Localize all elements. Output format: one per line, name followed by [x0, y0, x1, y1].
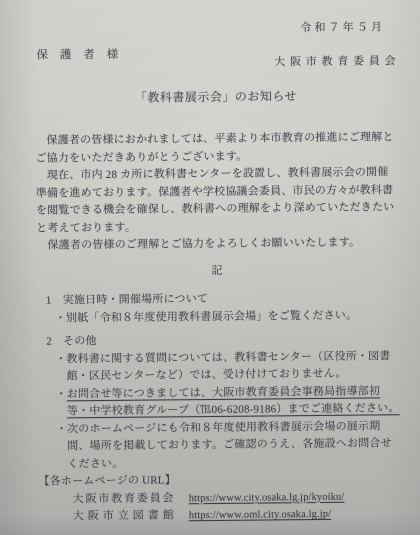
address-row: 保 護 者 様 大 阪 市 教 育 委 員 会: [34, 44, 396, 77]
other-item-contact-underlined: お問合せ等につきましては、大阪市教育委員会事務局指導部初等・中学校教育グループ（…: [67, 385, 400, 418]
photographed-notice-sheet: 令 和 ７ 年 ５ 月 保 護 者 様 大 阪 市 教 育 委 員 会 「教科書…: [0, 0, 420, 535]
list-item: ・ 次のホームページにも令和８年度使用教科書展示会場の展示期間、場所を掲載してお…: [56, 418, 400, 474]
paragraph-request: 保護者の皆様のご理解とご協力をよろしくお願いいたします。: [36, 234, 398, 255]
bullet-mark: ・: [55, 310, 66, 328]
sender-line: 大 阪 市 教 育 委 員 会: [274, 53, 396, 72]
section-other: 2 その他 ・ 教科書に関する質問については、教科書センター（区役所・図書館・区…: [37, 330, 401, 526]
bullet-mark: ・: [56, 421, 67, 439]
paragraph-greeting: 保護者の皆様におかれましては、平素より本市教育の推進にご理解とご協力をいただきあ…: [35, 129, 397, 167]
url-city-library: https://www.oml.city.osaka.lg.jp/: [189, 506, 331, 525]
other-item-homepage: 次のホームページにも令和８年度使用教科書展示会場の展示期間、場所を掲載しておりま…: [67, 420, 392, 470]
notice-content: 令 和 ７ 年 ５ 月 保 護 者 様 大 阪 市 教 育 委 員 会 「教科書…: [0, 0, 420, 535]
url-label-board-of-education: 大阪市教育委員会: [73, 490, 174, 508]
url-row-city-library: 大阪市立図書館 https://www.oml.city.osaka.lg.jp…: [73, 505, 401, 526]
paragraph-exhibition-info: 現在、市内 28 カ所に教科書センターを設置し、教科書展示会の開催準備を進めてお…: [36, 164, 399, 237]
recipient-line: 保 護 者 様: [34, 46, 118, 64]
url-board-of-education: https://www.city.osaka.lg.jp/kyoiku/: [189, 488, 345, 507]
other-item-no-questions: 教科書に関する質問については、教科書センター（区役所・図書館・区民センターなど）…: [66, 350, 390, 383]
list-item: ・ 別紙「令和８年度使用教科書展示会場」をご覧ください。: [55, 307, 399, 328]
bullet-mark: ・: [55, 351, 66, 369]
ki-marker: 記: [36, 261, 398, 282]
bullet-mark: ・: [56, 386, 67, 404]
issue-date: 令 和 ７ 年 ５ 月: [34, 19, 396, 40]
list-item: ・ お問合せ等につきましては、大阪市教育委員会事務局指導部初等・中学校教育グルー…: [56, 383, 400, 421]
document-title: 「教科書展示会」のお知らせ: [35, 87, 397, 108]
section-schedule: 1 実施日時・開催場所について ・ 別紙「令和８年度使用教科書展示会場」をご覧く…: [37, 289, 399, 327]
list-item: ・ 教科書に関する質問については、教科書センター（区役所・図書館・区民センターな…: [55, 348, 399, 386]
url-label-city-library: 大阪市立図書館: [73, 507, 174, 525]
schedule-item-text: 別紙「令和８年度使用教科書展示会場」をご覧ください。: [66, 309, 357, 324]
greeting-body: 保護者の皆様におかれましては、平素より本市教育の推進にご理解とご協力をいただきあ…: [35, 129, 398, 255]
